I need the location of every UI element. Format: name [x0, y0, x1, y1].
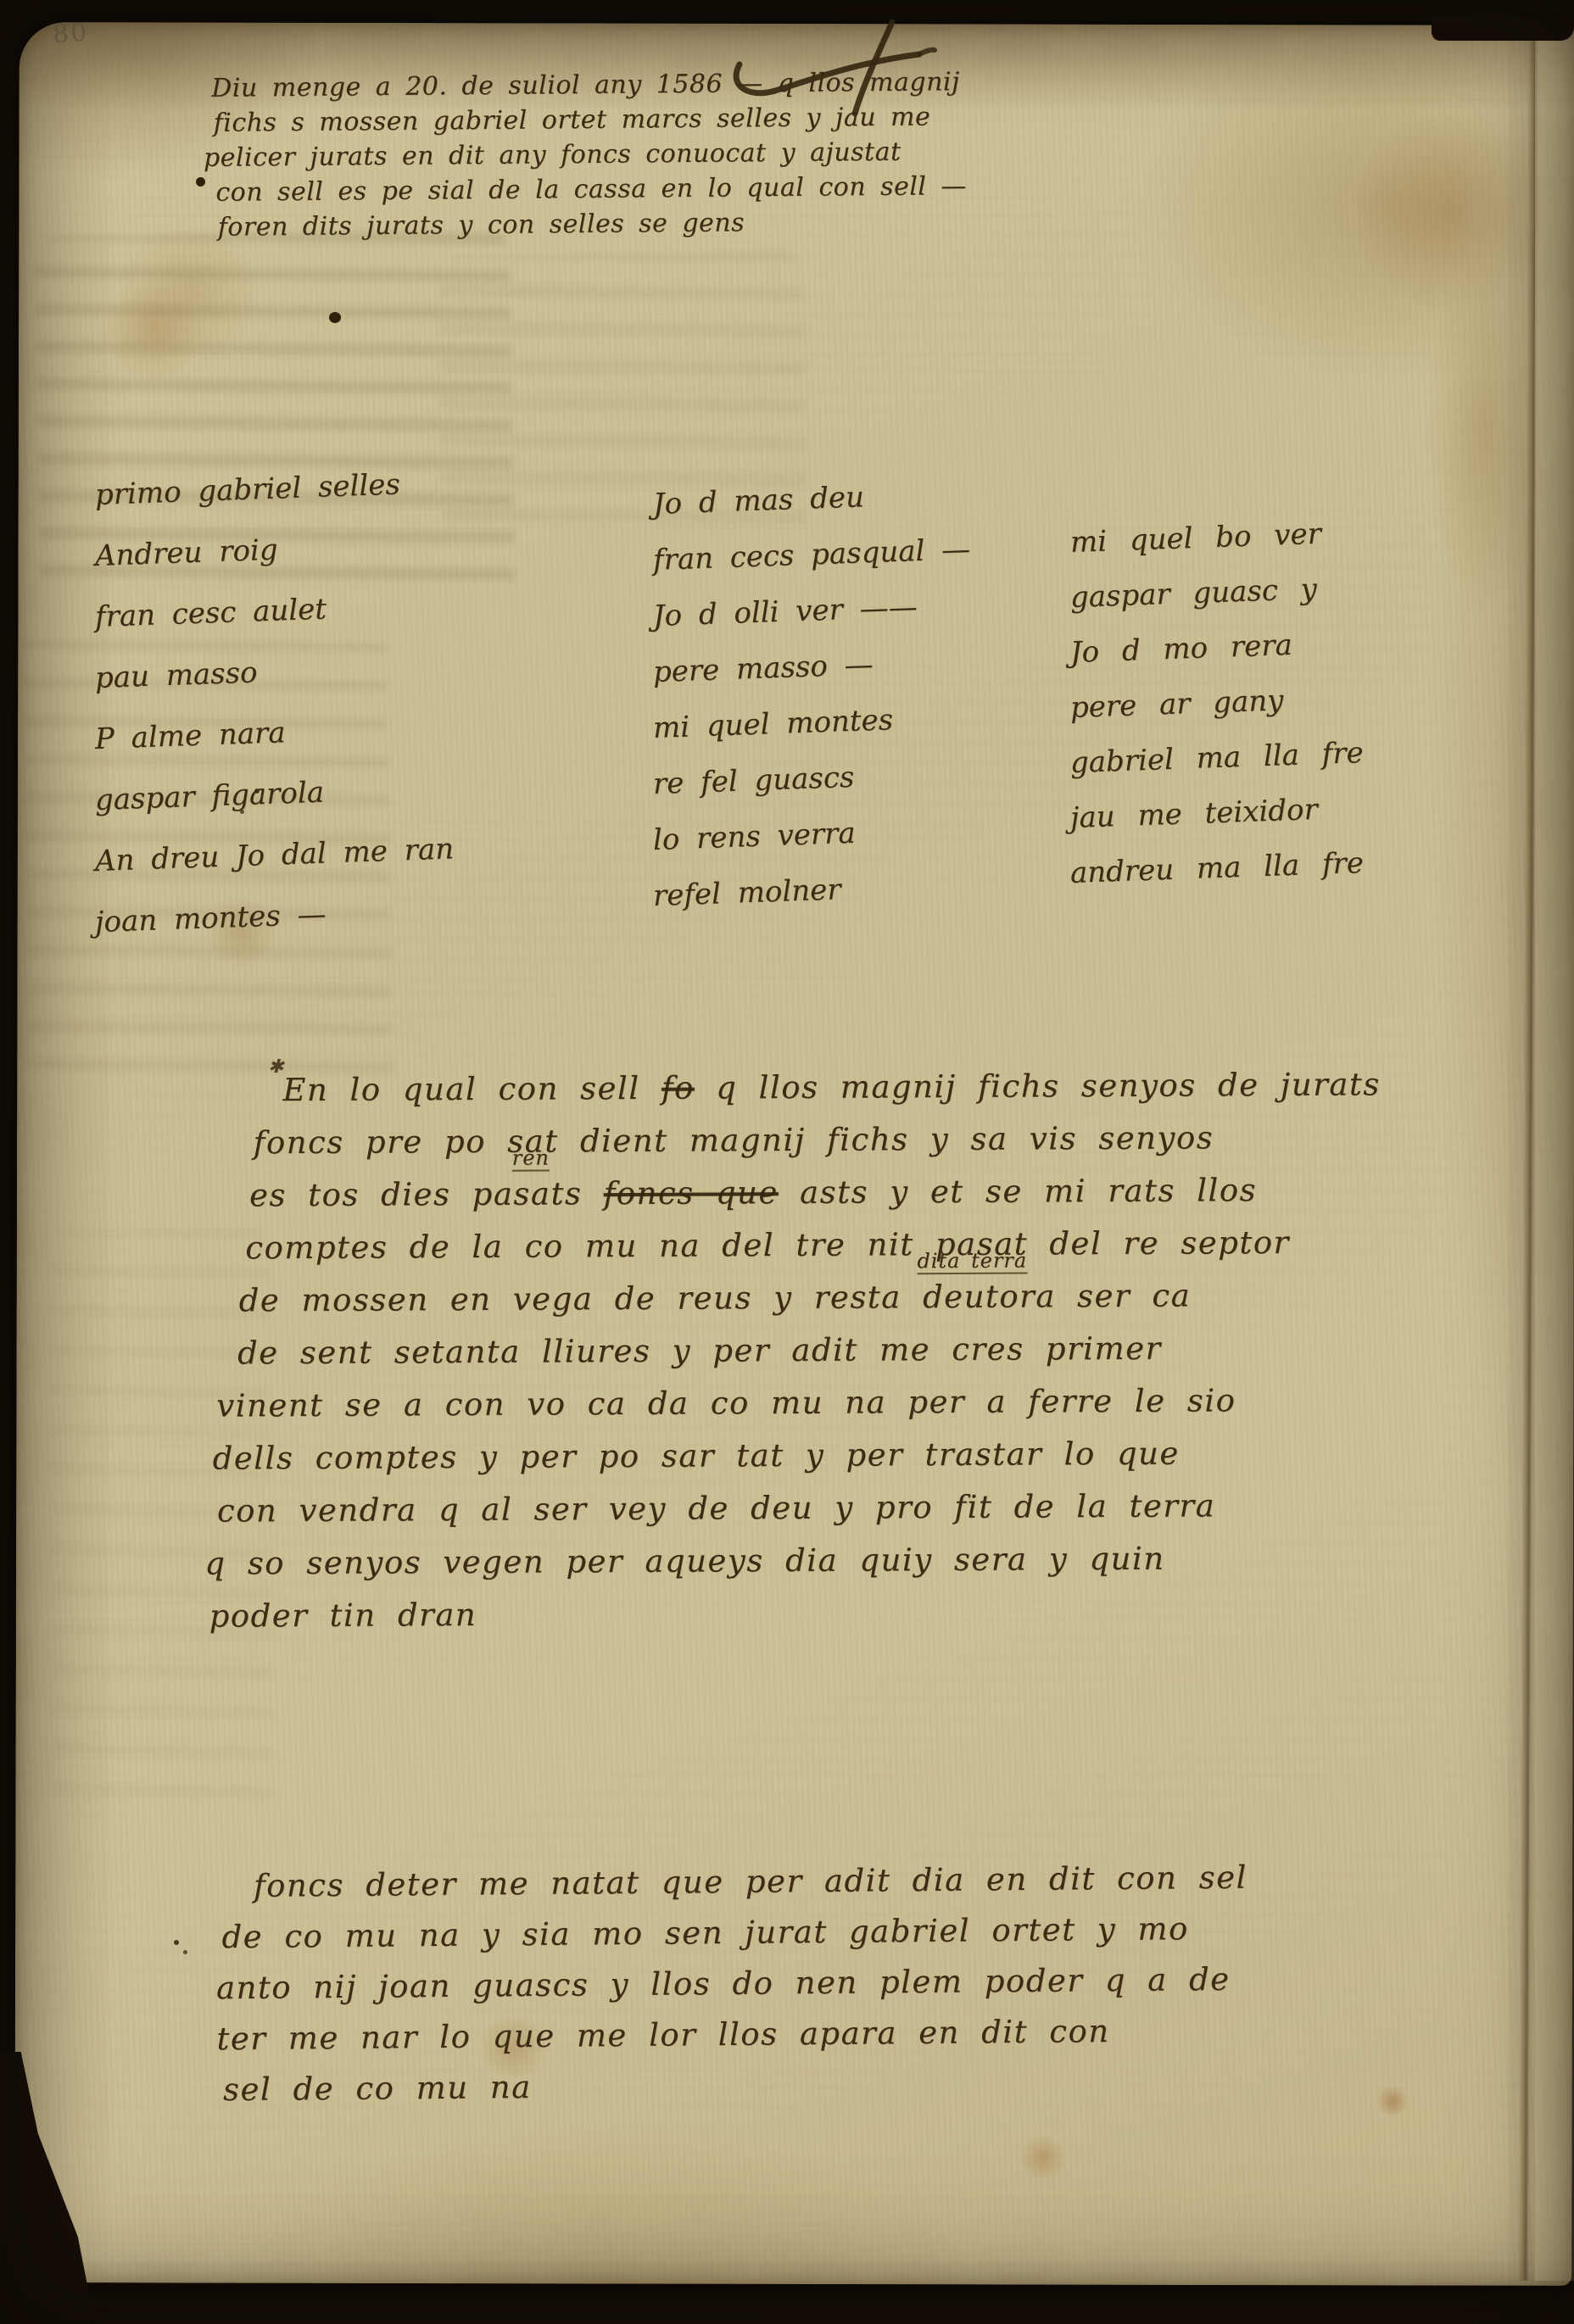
- manuscript-line: q so senyos vegen per aqueys dia quiy se…: [204, 1531, 1383, 1590]
- manuscript-line: con sell es pe sial de la cassa en lo qu…: [215, 169, 967, 210]
- attendee-name: joan montes —: [94, 879, 455, 953]
- line-text: es tos dies pasats: [249, 1175, 604, 1213]
- attendee-name: pere ar gany: [1069, 671, 1365, 736]
- manuscript-line: foncs pre po sat dient magnij fichs y sa…: [254, 1111, 1381, 1169]
- manuscript-line: poder tin dran: [209, 1584, 1383, 1642]
- manuscript-line: sel de co mu na: [223, 2056, 1249, 2116]
- manuscript-line: foncs deter me natat que per adit dia en…: [254, 1853, 1247, 1912]
- ink-speck: [183, 1950, 187, 1954]
- attendee-name: jau me teixidor: [1069, 781, 1365, 846]
- line-text: asts y et se mi rats llos: [779, 1172, 1257, 1211]
- line-text: En lo qual con sell: [282, 1070, 661, 1108]
- manuscript-line: con vendra q al ser vey de deu y pro fit…: [217, 1479, 1383, 1537]
- attendee-column-2: Jo d mas deu fran cecs pasqual — Jo d ol…: [653, 477, 970, 924]
- manuscript-line: vinent se a con vo ca da co mu na per a …: [216, 1374, 1382, 1432]
- ink-blot: [329, 312, 341, 323]
- manuscript-line: ren es tos dies pasats foncs que asts y …: [249, 1163, 1381, 1222]
- torn-edge-notch: [1432, 15, 1574, 41]
- manuscript-line: comptes de la co mu na del tre nit pasat…: [245, 1216, 1381, 1274]
- ink-speck: [174, 1940, 179, 1945]
- line-text: de mossen en vega de reus y resta deutor…: [239, 1278, 1192, 1319]
- manuscript-line: de sent setanta lliures y per adit me cr…: [237, 1321, 1382, 1379]
- folio-number: 80: [52, 18, 90, 50]
- attendee-column-3: mi quel bo ver gaspar guasc y Jo d mo re…: [1070, 516, 1364, 901]
- attendee-name: refel molner: [652, 857, 971, 924]
- attendee-name: andreu ma lla fre: [1069, 836, 1365, 901]
- manuscript-photograph: 80 Diu menge a 20. de suliol any 1586 — …: [0, 0, 1574, 2324]
- opening-paragraph: Diu menge a 20. de suliol any 1586 — q l…: [203, 64, 967, 245]
- manuscript-line: foren dits jurats y con selles se gens: [218, 203, 968, 245]
- adjacent-folio-edge: [1535, 29, 1574, 2281]
- attendee-name: mi quel bo ver: [1069, 505, 1365, 571]
- manuscript-line: dells comptes y per po sar tat y per tra…: [212, 1426, 1382, 1485]
- interlinear-addition: ren: [512, 1147, 550, 1171]
- manuscript-line: de co mu na y sia mo sen jurat gabriel o…: [221, 1903, 1247, 1964]
- central-paragraph: En lo qual con sell fo q llos magnij fic…: [202, 1058, 1383, 1642]
- closing-paragraph: foncs deter me natat que per adit dia en…: [203, 1853, 1250, 2116]
- attendee-name: gabriel ma lla fre: [1069, 726, 1365, 791]
- manuscript-line: dita terra de mossen en vega de reus y r…: [239, 1268, 1382, 1327]
- attendee-column-1: primo gabriel selles Andreu roig fran ce…: [95, 465, 454, 953]
- manuscript-line: En lo qual con sell fo q llos magnij fic…: [282, 1058, 1381, 1117]
- struck-text: foncs que: [604, 1174, 779, 1212]
- interlinear-addition: dita terra: [917, 1251, 1027, 1275]
- line-text: q llos magnij fichs senyos de jurats: [695, 1066, 1381, 1106]
- struck-text: fo: [661, 1070, 695, 1106]
- attendee-name: gaspar guasc y: [1069, 560, 1365, 626]
- attendee-name: Jo d mo rera: [1069, 616, 1365, 681]
- manuscript-line: ter me nar lo que me lor llos apara en d…: [216, 2005, 1248, 2065]
- manuscript-line: anto nij joan guascs y llos do nen plem …: [216, 1954, 1248, 2015]
